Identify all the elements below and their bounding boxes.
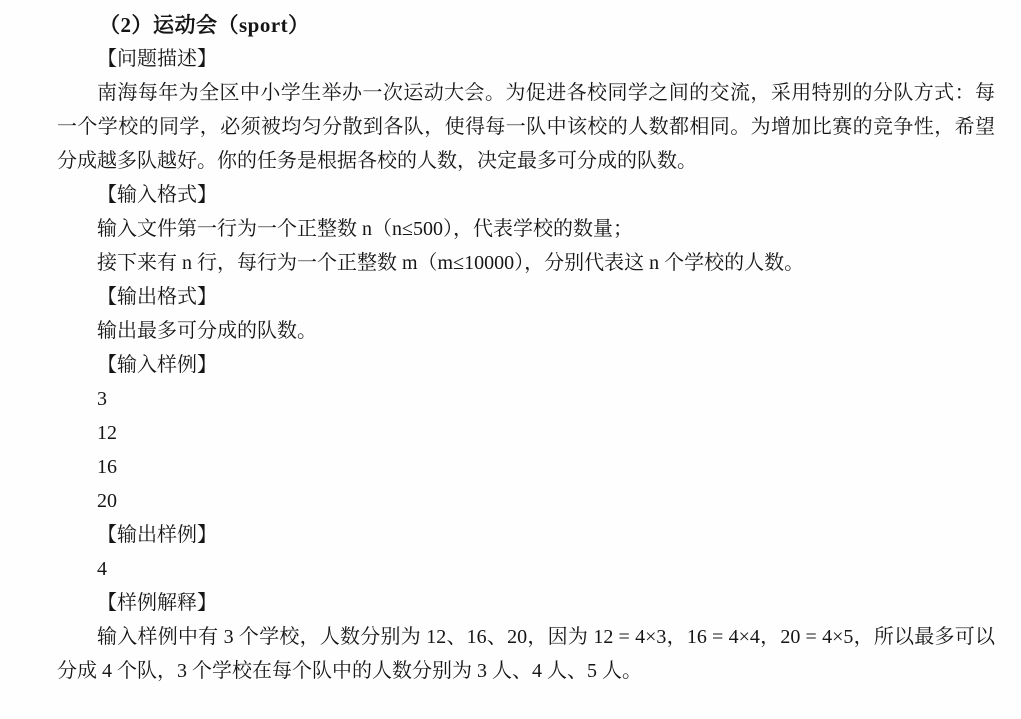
section-heading-input-format: 【输入格式】 [57, 178, 995, 212]
section-heading-sample-input: 【输入样例】 [57, 348, 995, 382]
problem-description-text: 南海每年为全区中小学生举办一次运动大会。为促进各校同学之间的交流，采用特别的分队… [57, 76, 995, 178]
problem-title: （2）运动会（sport） [57, 8, 995, 42]
sample-explanation-text: 输入样例中有 3 个学校，人数分别为 12、16、20，因为 12 = 4×3，… [57, 620, 995, 688]
input-format-line-1: 输入文件第一行为一个正整数 n（n≤500），代表学校的数量； [57, 212, 995, 246]
section-heading-sample-explanation: 【样例解释】 [57, 586, 995, 620]
sample-input-value-2: 12 [57, 416, 995, 450]
section-heading-problem-description: 【问题描述】 [57, 42, 995, 76]
sample-input-value-4: 20 [57, 484, 995, 518]
sample-input-value-1: 3 [57, 382, 995, 416]
output-format-line-1: 输出最多可分成的队数。 [57, 314, 995, 348]
sample-input-value-3: 16 [57, 450, 995, 484]
input-format-line-2: 接下来有 n 行，每行为一个正整数 m（m≤10000），分别代表这 n 个学校… [57, 246, 995, 280]
sample-output-value-1: 4 [57, 552, 995, 586]
section-heading-sample-output: 【输出样例】 [57, 518, 995, 552]
section-heading-output-format: 【输出格式】 [57, 280, 995, 314]
scanned-document-page: （2）运动会（sport） 【问题描述】 南海每年为全区中小学生举办一次运动大会… [0, 0, 1021, 719]
